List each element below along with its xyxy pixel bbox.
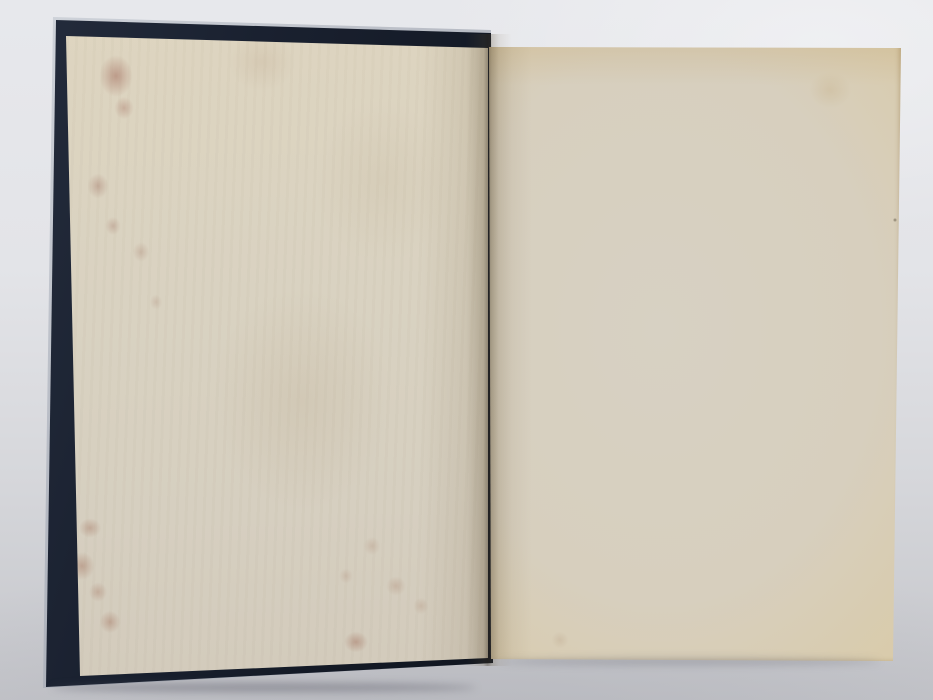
photo-backdrop: 450- [0, 0, 933, 700]
right-flyleaf-page: 450- [486, 42, 902, 664]
page-cast-shadow [500, 658, 880, 665]
left-endpaper [40, 14, 502, 694]
gutter-shadow [466, 34, 512, 666]
book-cast-shadow [52, 683, 476, 692]
